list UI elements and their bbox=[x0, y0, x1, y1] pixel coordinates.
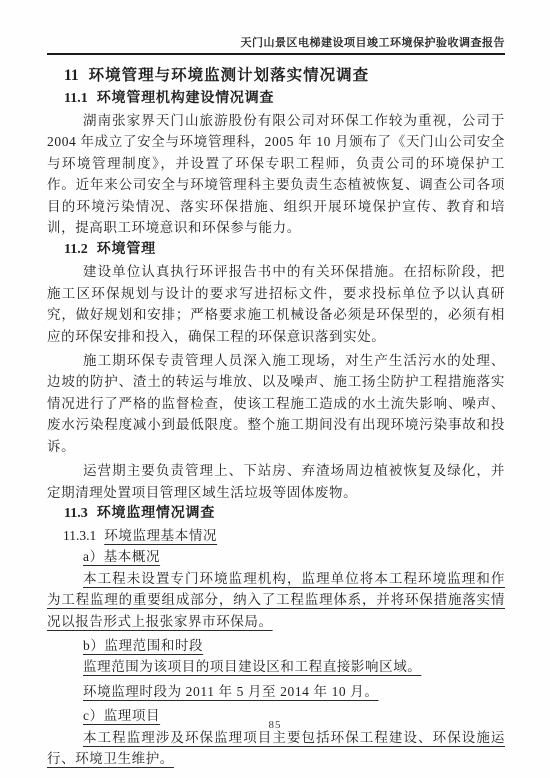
chapter-number: 11 bbox=[64, 67, 79, 84]
section-number: 11.2 bbox=[64, 242, 88, 257]
paragraph-supervision-period: 环境监理时段为 2011 年 5 月至 2014 年 10 月。 bbox=[47, 681, 505, 702]
subsection-number: 11.3.1 bbox=[63, 528, 96, 543]
page-number: 85 bbox=[0, 719, 550, 731]
report-header-title: 天门山景区电梯建设项目竣工环境保护验收调查报告 bbox=[47, 36, 505, 50]
section-heading-11-3: 11.3环境监理情况调查 bbox=[47, 506, 505, 521]
paragraph-construction-period: 施工期环保专责管理人员深入施工现场，对生产生活污水的处理、边坡的防护、渣土的转运… bbox=[47, 350, 505, 457]
subsection-heading-11-3-1: 11.3.1环境监理基本情况 bbox=[47, 525, 505, 546]
paragraph-operation-period: 运营期主要负责管理上、下站房、弃渣场周边植被恢复及绿化，并定期清理处置项目管理区… bbox=[47, 460, 505, 503]
section-number: 11.1 bbox=[64, 91, 88, 106]
section-heading-11-2: 11.2环境管理 bbox=[47, 242, 505, 257]
document-page: 天门山景区电梯建设项目竣工环境保护验收调查报告 11环境管理与环境监测计划落实情… bbox=[0, 0, 550, 778]
section-title: 环境监理情况调查 bbox=[97, 506, 215, 521]
section-heading-11-1: 11.1环境管理机构建设情况调查 bbox=[47, 91, 505, 106]
paragraph-supervision-scope: 监理范围为该项目的项目建设区和工程直接影响区域。 bbox=[47, 656, 505, 677]
chapter-title: 环境管理与环境监测计划落实情况调查 bbox=[89, 67, 370, 84]
list-item-b-scope-period: b）监理范围和时段 bbox=[47, 635, 505, 656]
paragraph-supervision-projects: 本工程监理涉及环保监理项目主要包括环保工程建设、环保设施运行、环境卫生维护。 bbox=[47, 727, 505, 770]
subsection-title: 环境监理基本情况 bbox=[104, 528, 217, 543]
list-item-a-basic-overview: a）基本概况 bbox=[47, 546, 505, 567]
section-number: 11.3 bbox=[64, 506, 88, 521]
chapter-heading-11: 11环境管理与环境监测计划落实情况调查 bbox=[47, 67, 505, 85]
paragraph-bidding-stage: 建设单位认真执行环评报告书中的有关环保措施。在招标阶段，把施工区环保规划与设计的… bbox=[47, 261, 505, 347]
paragraph-management-org: 湖南张家界天门山旅游股份有限公司对环保工作较为重视，公司于 2004 年成立了安… bbox=[47, 110, 505, 238]
section-title: 环境管理机构建设情况调查 bbox=[97, 91, 275, 106]
header-rule bbox=[47, 53, 505, 55]
section-title: 环境管理 bbox=[97, 242, 156, 257]
paragraph-supervision-overview: 本工程未设置专门环境监理机构，监理单位将本工程环境监理和作为工程监理的重要组成部… bbox=[47, 568, 505, 632]
